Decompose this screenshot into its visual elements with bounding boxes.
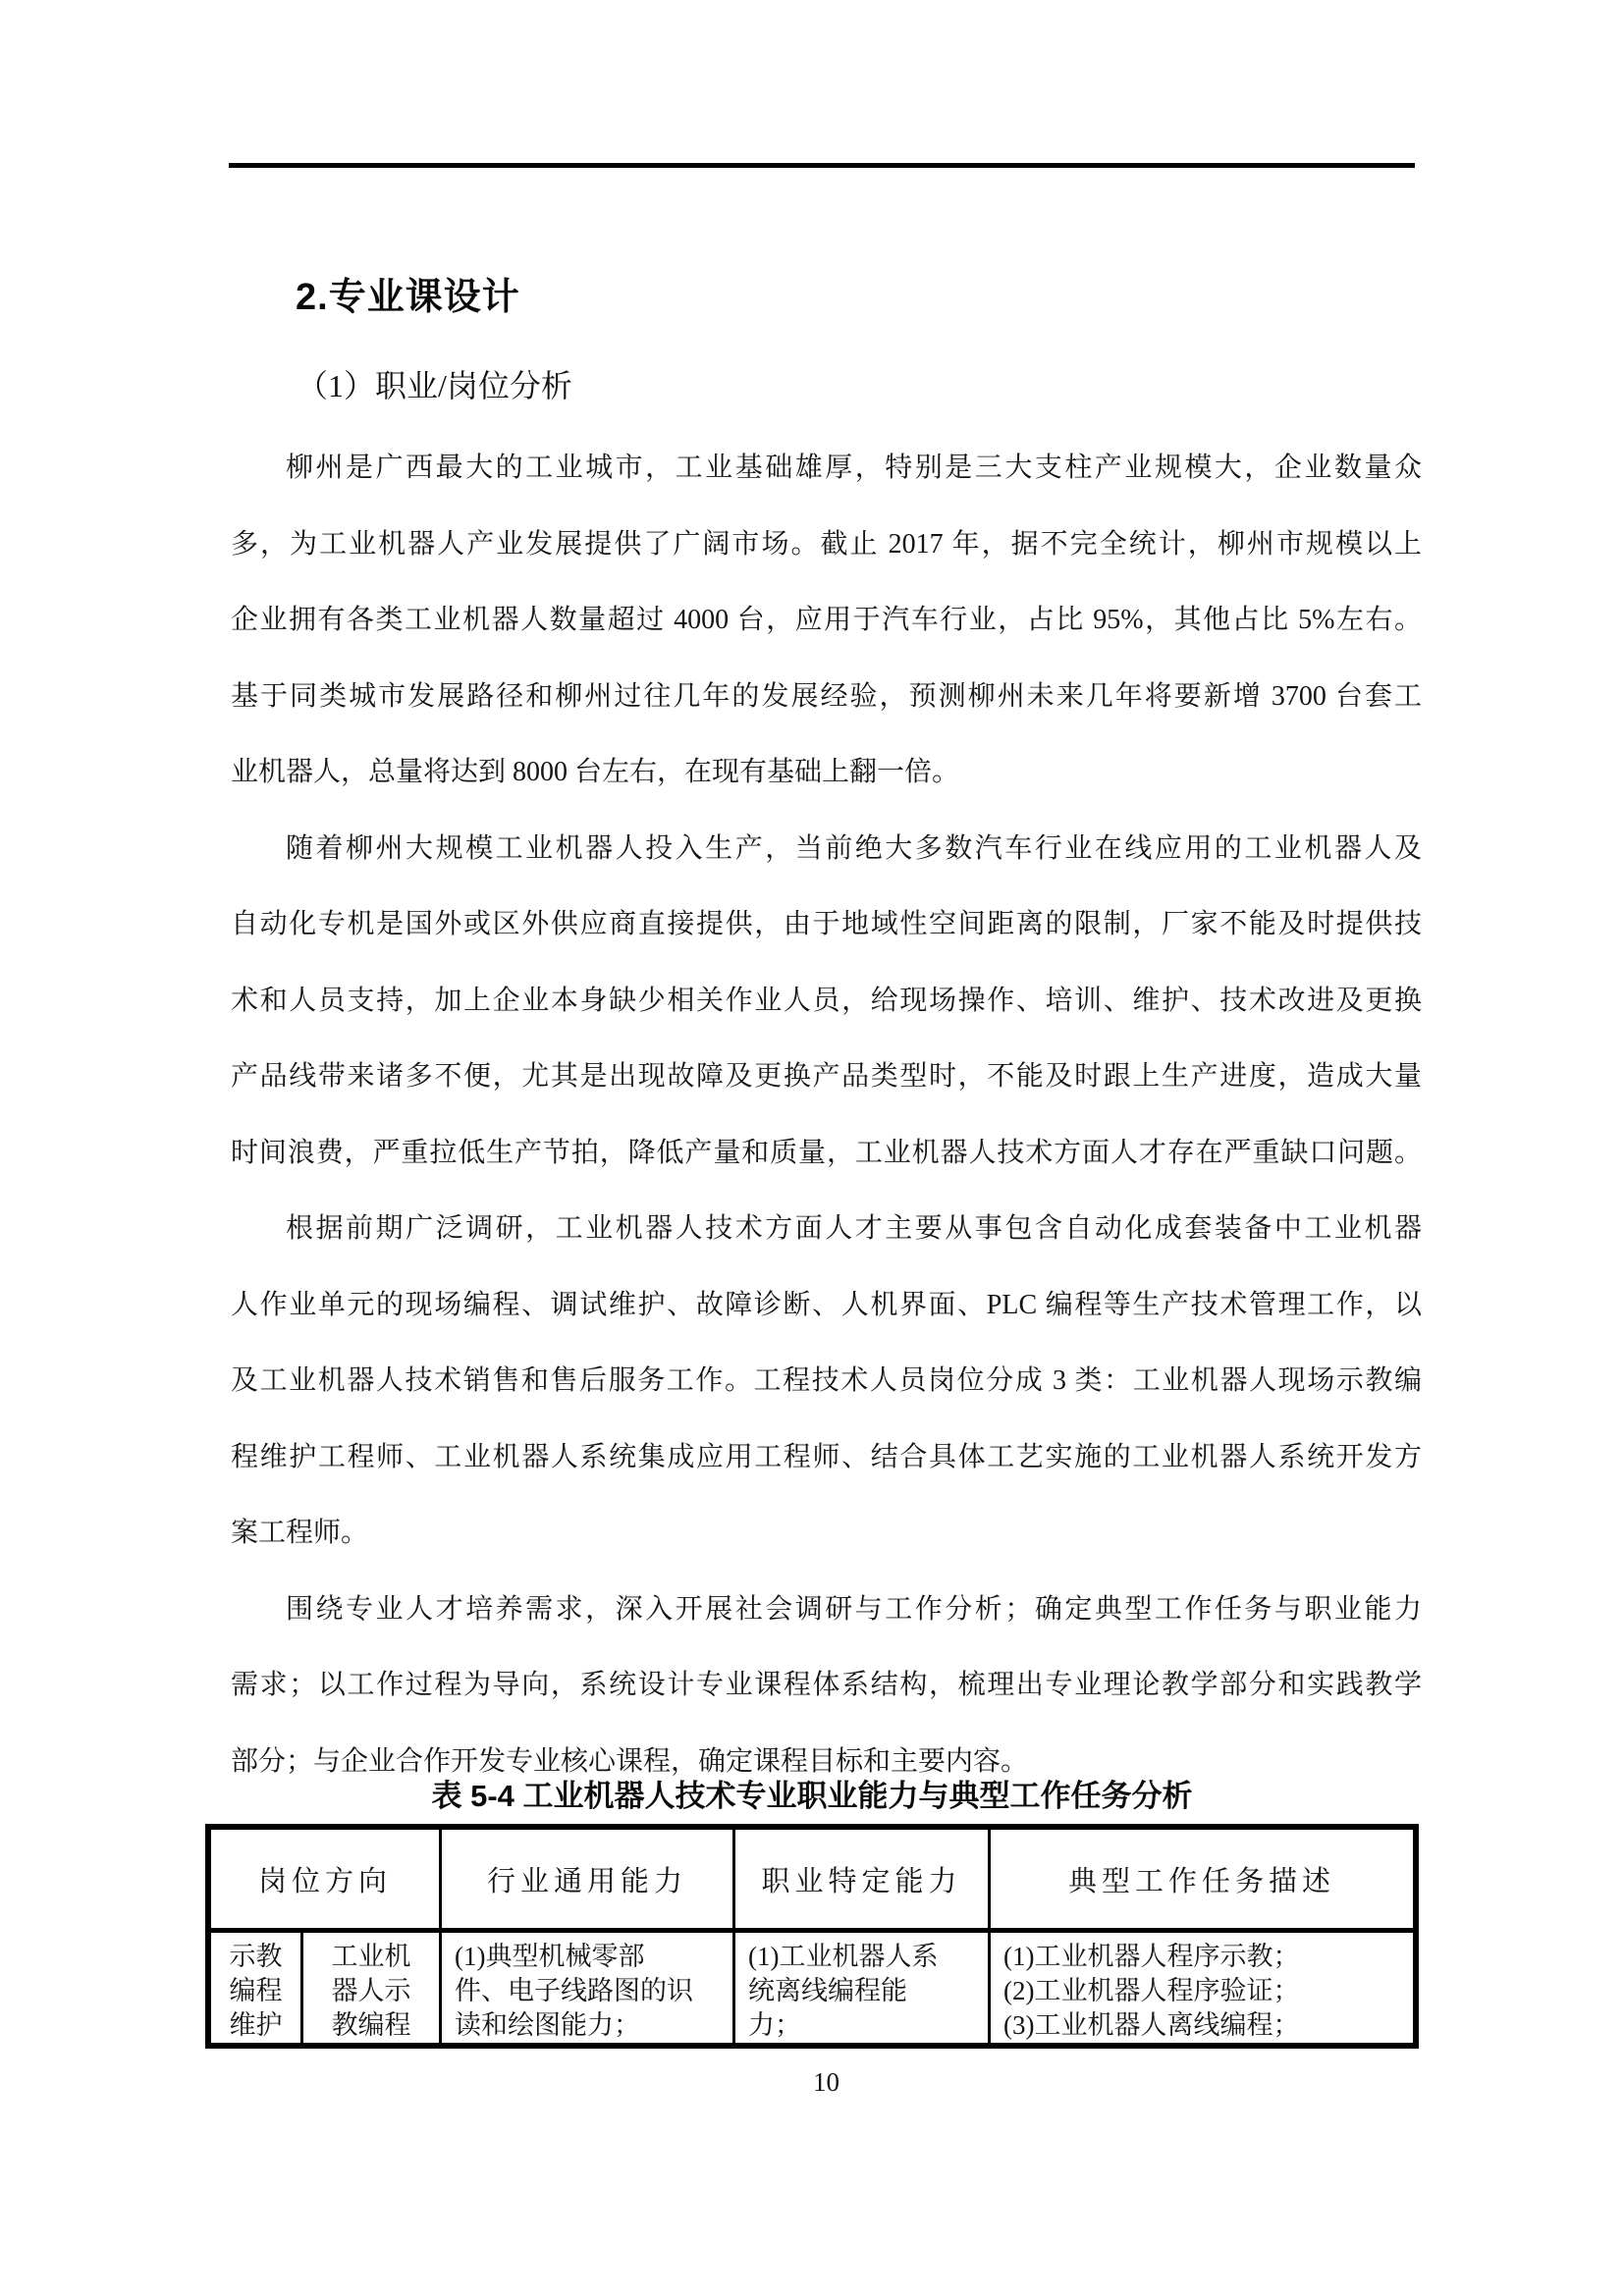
table-header-row: 岗位方向 行业通用能力 职业特定能力 典型工作任务描述 xyxy=(211,1830,1413,1933)
paragraph-line: 多，为工业机器人产业发展提供了广阔市场。截止 2017 年，据不完全统计，柳州市… xyxy=(231,507,1422,583)
document-page: 2.专业课设计 （1）职业/岗位分析 柳州是广西最大的工业城市，工业基础雄厚，特… xyxy=(0,0,1624,2296)
paragraph-line: 自动化专机是国外或区外供应商直接提供，由于地域性空间距离的限制，厂家不能及时提供… xyxy=(231,886,1422,963)
paragraph-line: 人作业单元的现场编程、调试维护、故障诊断、人机界面、PLC 编程等生产技术管理工… xyxy=(231,1267,1422,1344)
page-number: 10 xyxy=(231,2065,1422,2099)
paragraph-line: 柳州是广西最大的工业城市，工业基础雄厚，特别是三大支柱产业规模大，企业数量众 xyxy=(231,430,1422,507)
table-cell-line: (1)典型机械零部 xyxy=(455,1940,727,1974)
header-rule xyxy=(229,163,1415,168)
cell-industry-general-ability: (1)典型机械零部件、电子线路图的识读和绘图能力； xyxy=(439,1933,732,2043)
table-cell-line: (1)工业机器人程序示教； xyxy=(1003,1940,1407,1974)
paragraph-line: 产品线带来诸多不便，尤其是出现故障及更换产品类型时，不能及时跟上生产进度，造成大… xyxy=(231,1039,1422,1115)
paragraph-line: 基于同类城市发展路径和柳州过往几年的发展经验，预测柳州未来几年将要新增 3700… xyxy=(231,659,1422,735)
cell-post-subcategory: 工业机器人示教编程 xyxy=(300,1933,439,2043)
table-cell-line: 维护 xyxy=(211,2008,300,2043)
table-cell-line: 示教 xyxy=(211,1940,300,1974)
cell-post-direction: 示教编程维护 xyxy=(211,1933,300,2043)
table-cell-line: (2)工业机器人程序验证； xyxy=(1003,1974,1407,2008)
header-typical-task-description: 典型工作任务描述 xyxy=(988,1830,1413,1928)
table-cell-line: 工业机 xyxy=(303,1940,439,1974)
section-heading: 2.专业课设计 xyxy=(296,276,520,319)
paragraph-line: 企业拥有各类工业机器人数量超过 4000 台，应用于汽车行业，占比 95%，其他… xyxy=(231,582,1422,659)
paragraph-line: 程维护工程师、工业机器人系统集成应用工程师、结合具体工艺实施的工业机器人系统开发… xyxy=(231,1419,1422,1496)
analysis-table: 岗位方向 行业通用能力 职业特定能力 典型工作任务描述 示教编程维护 工业机器人… xyxy=(205,1824,1419,2049)
paragraph-line: 需求；以工作过程为导向，系统设计专业课程体系结构，梳理出专业理论教学部分和实践教… xyxy=(231,1647,1422,1724)
table-row: 示教编程维护 工业机器人示教编程 (1)典型机械零部件、电子线路图的识读和绘图能… xyxy=(211,1933,1413,2043)
table-cell-line: (3)工业机器人离线编程； xyxy=(1003,2008,1407,2043)
table-cell-line: 力； xyxy=(748,2008,982,2043)
table-cell-line: 读和绘图能力； xyxy=(455,2008,727,2043)
table-cell-line: 统离线编程能 xyxy=(748,1974,982,2008)
paragraph-line: 术和人员支持，加上企业本身缺少相关作业人员，给现场操作、培训、维护、技术改进及更… xyxy=(231,963,1422,1040)
table-cell-line: 器人示 xyxy=(303,1974,439,2008)
table-cell-line: (1)工业机器人系 xyxy=(748,1940,982,1974)
subsection-heading: （1）职业/岗位分析 xyxy=(297,367,572,404)
table-caption: 表 5-4 工业机器人技术专业职业能力与典型工作任务分析 xyxy=(205,1777,1419,1816)
paragraph-line: 随着柳州大规模工业机器人投入生产，当前绝大多数汽车行业在线应用的工业机器人及 xyxy=(231,811,1422,887)
cell-job-specific-ability: (1)工业机器人系统离线编程能力； xyxy=(732,1933,988,2043)
paragraph-line: 业机器人，总量将达到 8000 台左右，在现有基础上翻一倍。 xyxy=(231,734,1422,811)
table-cell-line: 教编程 xyxy=(303,2008,439,2043)
paragraph-line: 及工业机器人技术销售和售后服务工作。工程技术人员岗位分成 3 类：工业机器人现场… xyxy=(231,1343,1422,1419)
paragraph-line: 案工程师。 xyxy=(231,1495,1422,1572)
paragraph-line: 围绕专业人才培养需求，深入开展社会调研与工作分析；确定典型工作任务与职业能力 xyxy=(231,1572,1422,1648)
body-paragraphs: 柳州是广西最大的工业城市，工业基础雄厚，特别是三大支柱产业规模大，企业数量众多，… xyxy=(231,430,1422,1799)
paragraph-line: 根据前期广泛调研，工业机器人技术方面人才主要从事包含自动化成套装备中工业机器 xyxy=(231,1191,1422,1267)
header-post-direction: 岗位方向 xyxy=(211,1830,439,1928)
table-cell-line: 编程 xyxy=(211,1974,300,2008)
header-industry-general-ability: 行业通用能力 xyxy=(439,1830,732,1928)
table-cell-line: 件、电子线路图的识 xyxy=(455,1974,727,2008)
cell-typical-task-description: (1)工业机器人程序示教；(2)工业机器人程序验证；(3)工业机器人离线编程； xyxy=(988,1933,1413,2043)
header-job-specific-ability: 职业特定能力 xyxy=(732,1830,988,1928)
paragraph-line: 时间浪费，严重拉低生产节拍，降低产量和质量，工业机器人技术方面人才存在严重缺口问… xyxy=(231,1115,1422,1192)
